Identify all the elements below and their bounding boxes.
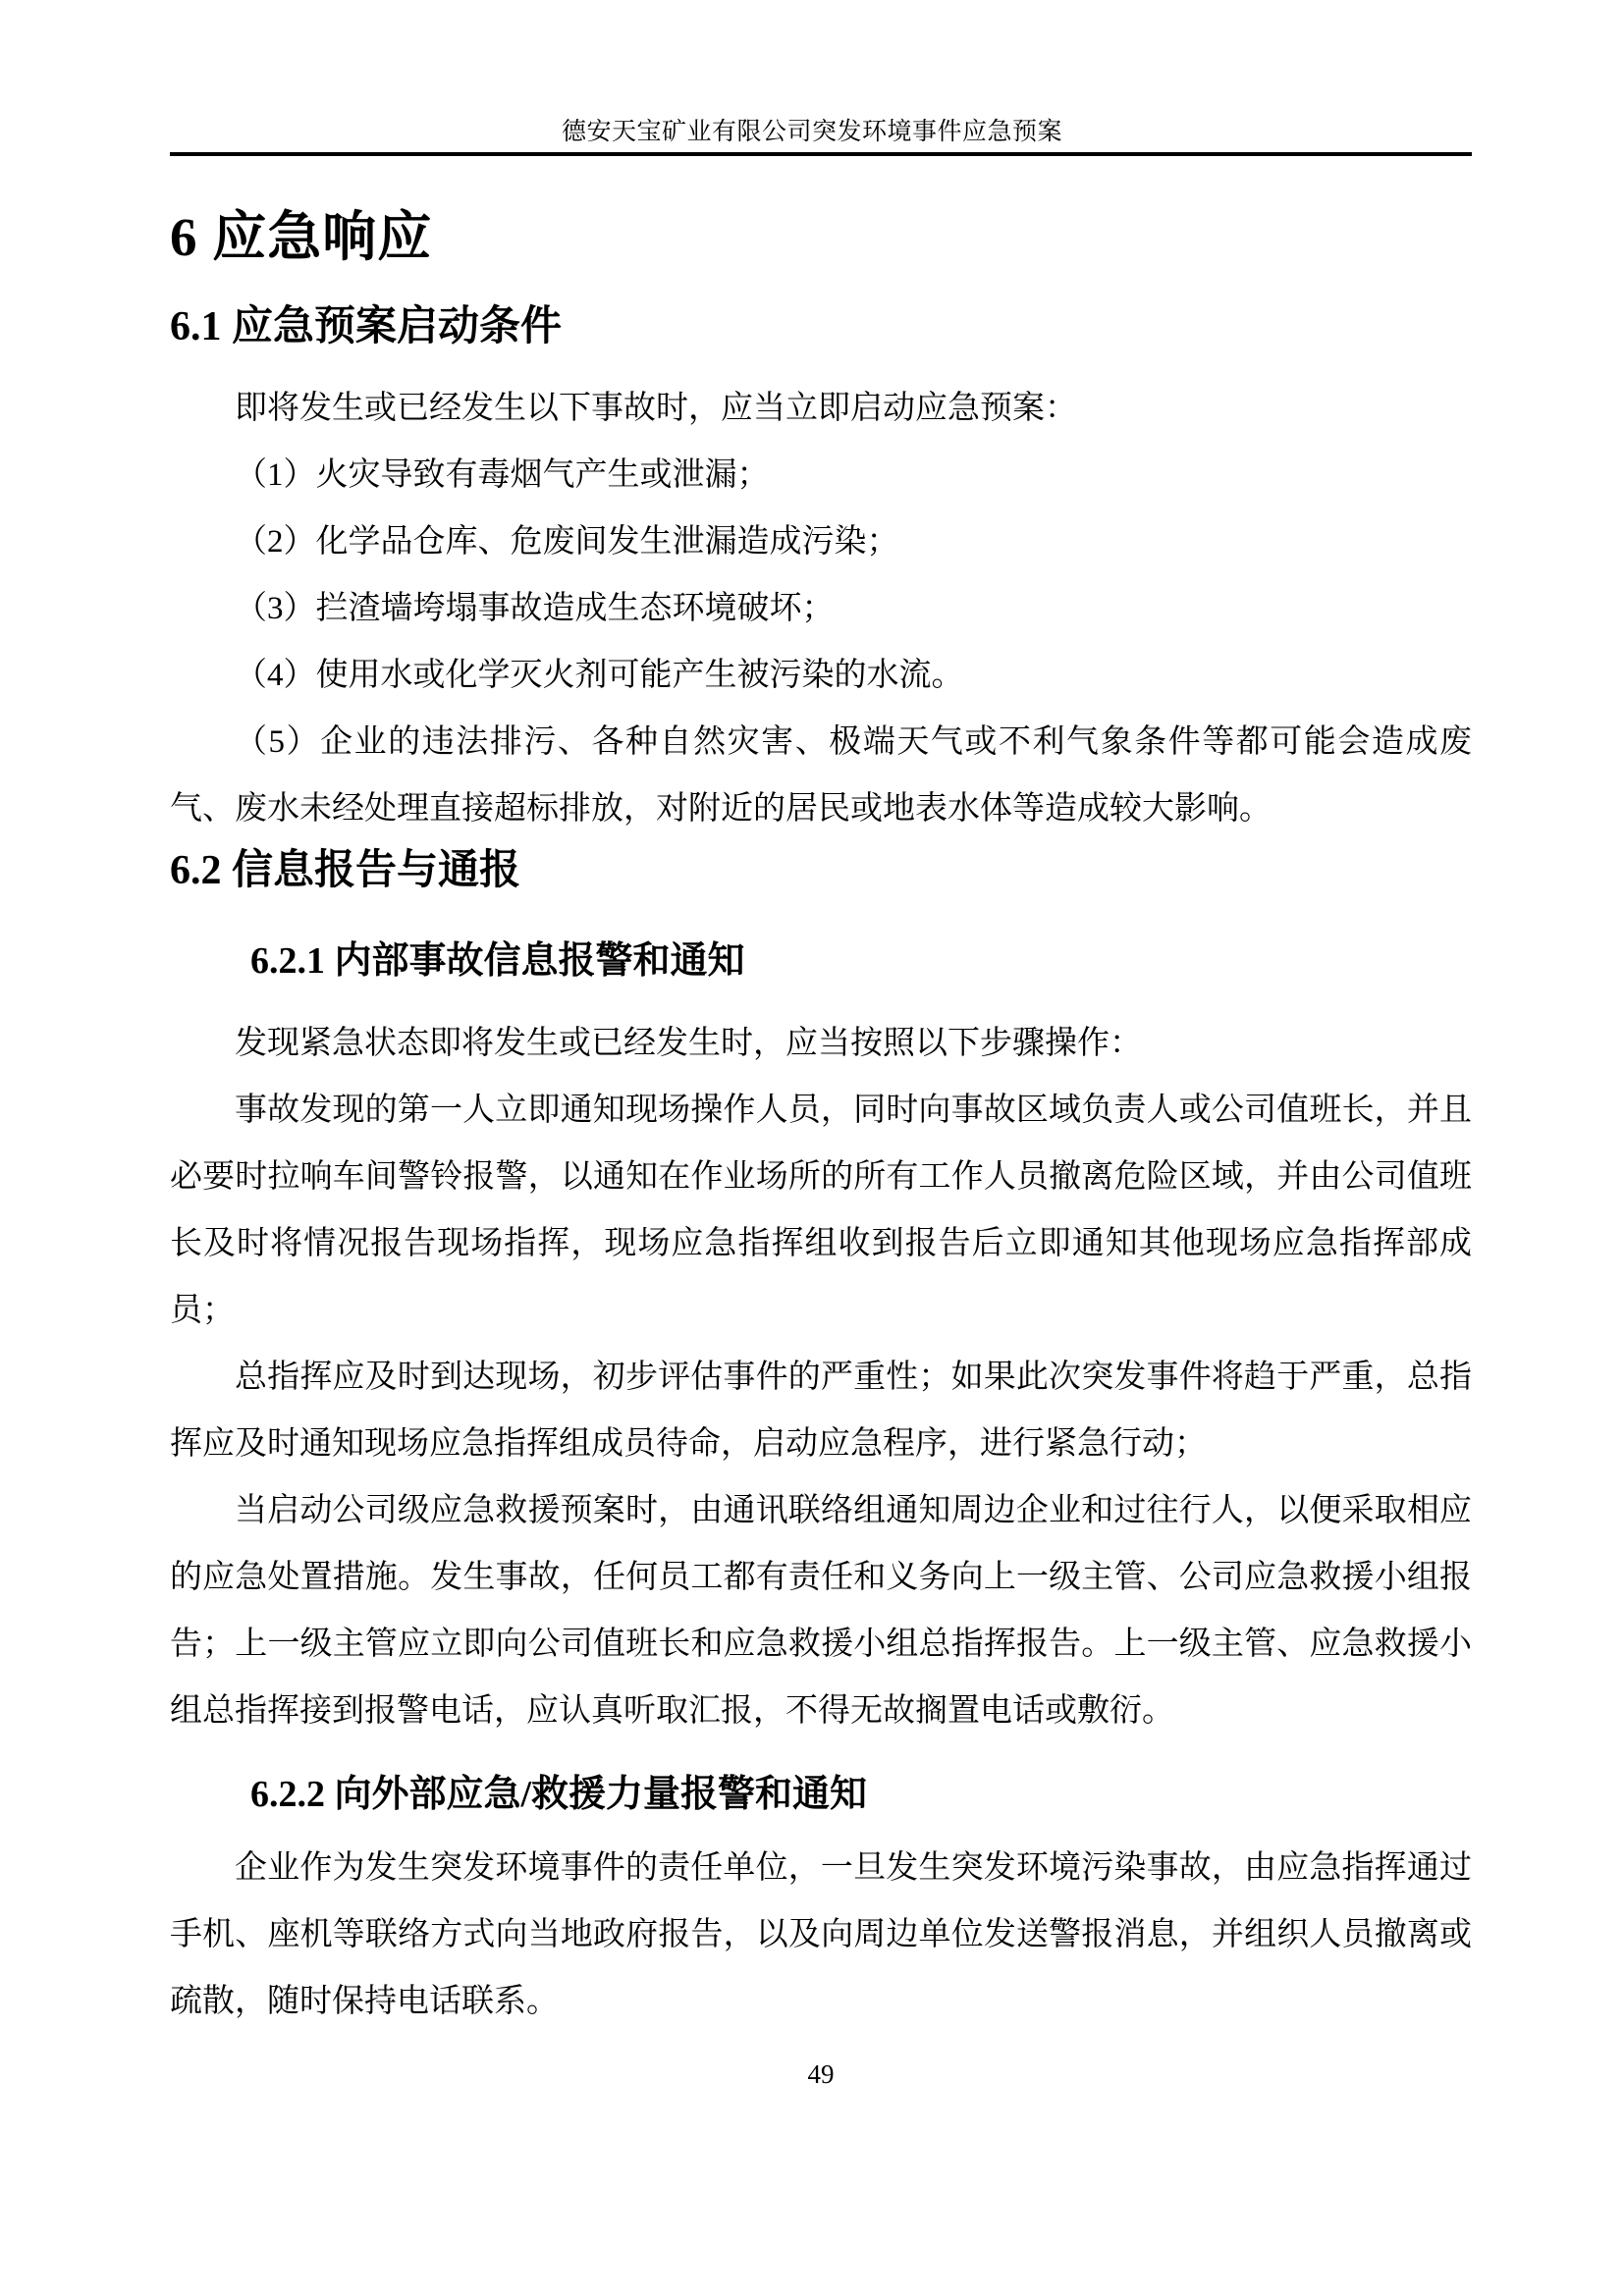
section-heading-6-1: 6.1 应急预案启动条件 bbox=[170, 302, 562, 351]
page-header-title: 德安天宝矿业有限公司突发环境事件应急预案 bbox=[0, 116, 1624, 149]
paragraph: 事故发现的第一人立即通知现场操作人员，同时向事故区域负责人或公司值班长，并且必要… bbox=[170, 1077, 1472, 1344]
subsection-heading-6-2-2: 6.2.2 向外部应急/救援力量报警和通知 bbox=[250, 1773, 867, 1818]
subsection-heading-6-2-1: 6.2.1 内部事故信息报警和通知 bbox=[250, 939, 745, 985]
list-item: （5）企业的违法排污、各种自然灾害、极端天气或不利气象条件等都可能会造成废气、废… bbox=[170, 709, 1472, 842]
list-item: （2）化学品仓库、危废间发生泄漏造成污染； bbox=[170, 508, 1472, 575]
chapter-heading: 6 应急响应 bbox=[170, 206, 432, 268]
paragraph: 总指挥应及时到达现场，初步评估事件的严重性；如果此次突发事件将趋于严重，总指挥应… bbox=[170, 1344, 1472, 1477]
paragraph: 当启动公司级应急救援预案时，由通讯联络组通知周边企业和过往行人，以便采取相应的应… bbox=[170, 1477, 1472, 1744]
document-page: 德安天宝矿业有限公司突发环境事件应急预案 6 应急响应 6.1 应急预案启动条件… bbox=[0, 0, 1624, 2296]
section-heading-6-2: 6.2 信息报告与通报 bbox=[170, 846, 520, 895]
paragraph: 发现紧急状态即将发生或已经发生时，应当按照以下步骤操作： bbox=[170, 1010, 1472, 1077]
list-item: （1）火灾导致有毒烟气产生或泄漏； bbox=[170, 442, 1472, 508]
page-number: 49 bbox=[170, 2059, 1472, 2090]
section-6-1-intro-paragraph: 即将发生或已经发生以下事故时，应当立即启动应急预案： bbox=[170, 375, 1472, 442]
header-divider-rule bbox=[170, 152, 1472, 156]
list-item: （4）使用水或化学灭火剂可能产生被污染的水流。 bbox=[170, 642, 1472, 709]
list-item: （3）拦渣墙垮塌事故造成生态环境破坏； bbox=[170, 575, 1472, 642]
paragraph: 企业作为发生突发环境事件的责任单位，一旦发生突发环境污染事故，由应急指挥通过手机… bbox=[170, 1835, 1472, 2035]
